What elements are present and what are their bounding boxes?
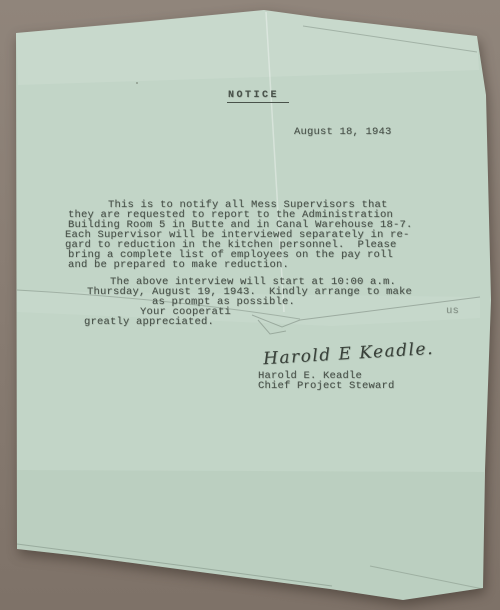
date-line: August 18, 1943 <box>294 127 392 138</box>
paper-shading-bottom <box>17 470 484 600</box>
signed-title: Chief Project Steward <box>258 381 395 392</box>
photo-background: NOTICE August 18, 1943 This is to notify… <box>0 0 500 610</box>
body-line: and be prepared to make reduction. <box>68 260 289 271</box>
body-line-fragment: us <box>446 306 459 317</box>
notice-title: NOTICE <box>227 90 289 103</box>
body-line: greatly appreciated. <box>84 317 214 328</box>
paper-speck <box>136 82 138 84</box>
